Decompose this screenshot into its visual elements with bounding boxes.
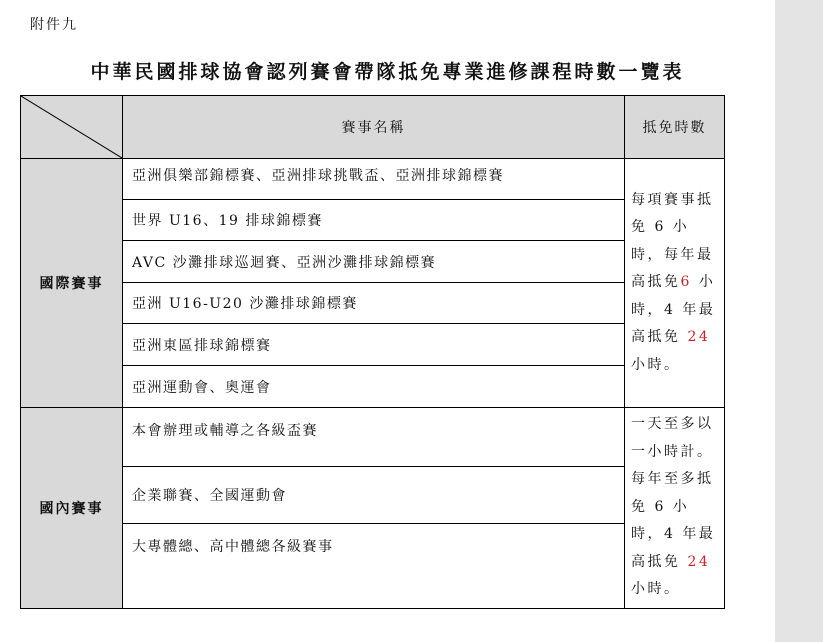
event-cell: 亞洲 U16-U20 沙灘排球錦標賽 [123,283,625,324]
table-row: 亞洲東區排球錦標賽 [21,324,725,366]
event-cell: 本會辦理或輔導之各級盃賽 [123,408,625,467]
hours-international: 每項賽事抵免 6 小時，每年最高抵免6 小時，4 年最高抵免 24小時。 [625,159,725,408]
event-cell: 企業聯賽、全國運動會 [123,467,625,524]
event-cell: 亞洲俱樂部錦標賽、亞洲排球挑戰盃、亞洲排球錦標賽 [123,159,625,200]
event-cell: 大專體總、高中體總各級賽事 [123,524,625,609]
exemption-hours-table: 賽事名稱 抵免時數 國際賽事 亞洲俱樂部錦標賽、亞洲排球挑戰盃、亞洲排球錦標賽 … [20,95,725,609]
hours-text: 一天至多以一小時計。每年至多抵免 6 小時，4 年最高抵免 [631,416,715,570]
event-cell: 世界 U16、19 排球錦標賽 [123,200,625,241]
table-header-row: 賽事名稱 抵免時數 [21,96,725,159]
corner-cell [21,96,123,159]
table-row: 亞洲運動會、奧運會 [21,366,725,408]
category-international: 國際賽事 [21,159,123,408]
table-row: 亞洲 U16-U20 沙灘排球錦標賽 [21,283,725,324]
header-event-name: 賽事名稱 [123,96,625,159]
hours-highlight: 6 [681,274,692,290]
category-domestic: 國內賽事 [21,408,123,609]
diagonal-line-icon [21,96,122,158]
event-cell: AVC 沙灘排球巡迴賽、亞洲沙灘排球錦標賽 [123,241,625,283]
event-cell: 亞洲東區排球錦標賽 [123,324,625,366]
hours-text: 小時。 [631,581,681,597]
hours-highlight: 24 [687,554,710,570]
table-row: 大專體總、高中體總各級賽事 [21,524,725,609]
table-row: 企業聯賽、全國運動會 [21,467,725,524]
table-row: 國際賽事 亞洲俱樂部錦標賽、亞洲排球挑戰盃、亞洲排球錦標賽 每項賽事抵免 6 小… [21,159,725,200]
event-cell: 亞洲運動會、奧運會 [123,366,625,408]
hours-domestic: 一天至多以一小時計。每年至多抵免 6 小時，4 年最高抵免 24小時。 [625,408,725,609]
page-title: 中華民國排球協會認列賽會帶隊抵免專業進修課程時數一覽表 [0,57,775,84]
annex-label: 附件九 [30,14,78,34]
table-row: 國內賽事 本會辦理或輔導之各級盃賽 一天至多以一小時計。每年至多抵免 6 小時，… [21,408,725,467]
side-panel [775,0,823,642]
document-page: 附件九 中華民國排球協會認列賽會帶隊抵免專業進修課程時數一覽表 賽事名稱 抵免時… [0,0,775,642]
hours-text: 小時。 [631,357,681,373]
hours-highlight: 24 [687,329,710,345]
table-row: AVC 沙灘排球巡迴賽、亞洲沙灘排球錦標賽 [21,241,725,283]
header-exempt-hours: 抵免時數 [625,96,725,159]
table-row: 世界 U16、19 排球錦標賽 [21,200,725,241]
